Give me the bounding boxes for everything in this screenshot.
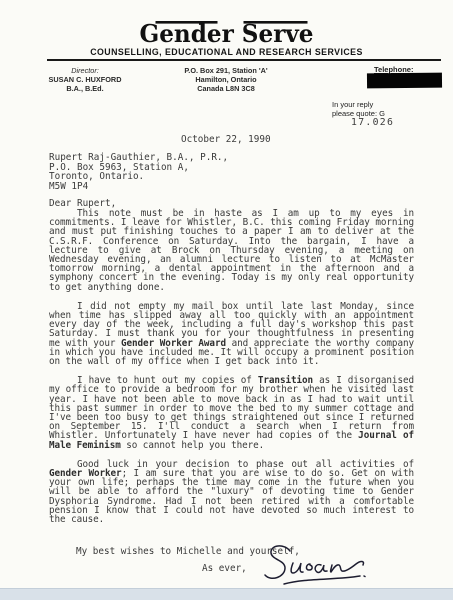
logo-text: Gender Serve bbox=[139, 19, 313, 48]
reply-note-line: In your reply bbox=[332, 100, 385, 109]
director-name: SUSAN C. HUXFORD bbox=[25, 75, 145, 84]
letter-paragraph: I have to hunt out my copies of Transiti… bbox=[49, 376, 414, 450]
signature-stroke bbox=[265, 546, 290, 578]
director-block: Director: SUSAN C. HUXFORD B.A., B.Ed. bbox=[25, 66, 145, 94]
director-label: Director: bbox=[25, 66, 145, 75]
signature-stroke bbox=[306, 564, 312, 570]
recipient-address: Rupert Raj-Gauthier, B.A., P.R., P.O. Bo… bbox=[49, 153, 228, 191]
signature-underline-flourish bbox=[284, 576, 360, 584]
telephone-redaction-bar bbox=[367, 73, 442, 89]
address-line: Hamilton, Ontario bbox=[151, 75, 301, 84]
scan-bottom-edge bbox=[0, 588, 453, 600]
signature-stroke bbox=[331, 561, 364, 572]
handwritten-signature-susan bbox=[254, 541, 374, 594]
letterhead-address: P.O. Box 291, Station 'A' Hamilton, Onta… bbox=[151, 66, 301, 94]
reply-note: In your reply please quote: G bbox=[332, 100, 385, 119]
file-number: 17.026 bbox=[351, 117, 394, 128]
address-line: Canada L8N 3C8 bbox=[151, 84, 301, 93]
director-credentials: B.A., B.Ed. bbox=[25, 84, 145, 93]
letter-paragraph: Good luck in your decision to phase out … bbox=[49, 460, 414, 524]
recipient-line: M5W 1P4 bbox=[49, 182, 228, 192]
letter-paragraph: This note must be in haste as I am up to… bbox=[49, 209, 414, 292]
letter-paragraph: I did not empty my mail box until late l… bbox=[49, 302, 414, 366]
letter-date: October 22, 1990 bbox=[181, 134, 271, 145]
address-line: P.O. Box 291, Station 'A' bbox=[151, 66, 301, 75]
signature-stroke bbox=[315, 565, 327, 573]
signature-stroke bbox=[291, 563, 303, 573]
scanned-letter-page: Gender Serve COUNSELLING, EDUCATIONAL AN… bbox=[0, 0, 453, 600]
letterhead-rule bbox=[47, 59, 441, 61]
signature-period bbox=[364, 576, 365, 577]
letter-body: This note must be in haste as I am up to… bbox=[49, 209, 414, 534]
valediction: As ever, bbox=[202, 563, 247, 574]
letterhead-tagline: COUNSELLING, EDUCATIONAL AND RESEARCH SE… bbox=[0, 47, 453, 57]
